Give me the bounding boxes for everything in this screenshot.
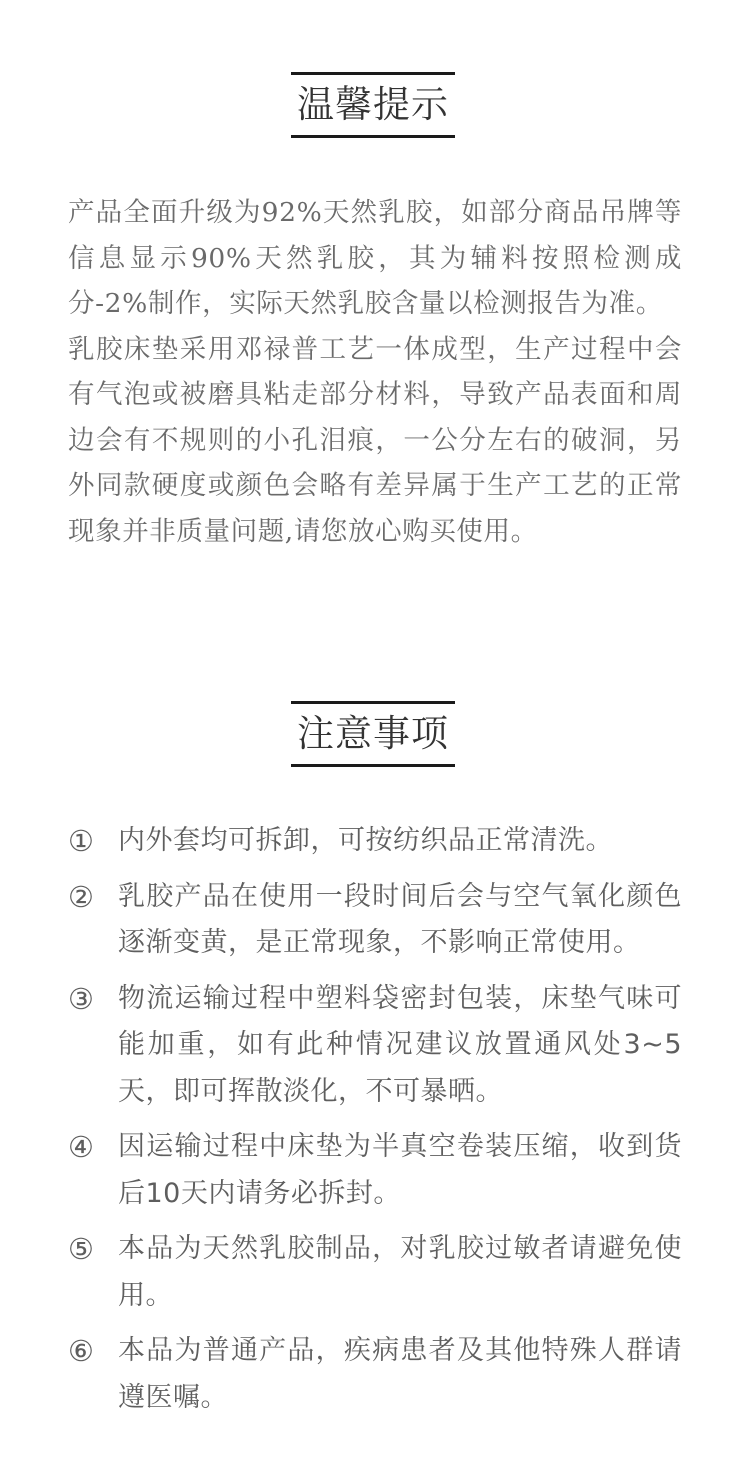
notice-section-title: 温馨提示 — [291, 72, 455, 138]
circled-number-4: ④ — [68, 1124, 118, 1171]
caution-list: ① 内外套均可拆卸，可按纺织品正常清洗。 ② 乳胶产品在使用一段时间后会与空气氧… — [68, 818, 682, 1430]
circled-number-3: ③ — [68, 976, 118, 1023]
caution-text: 乳胶产品在使用一段时间后会与空气氧化颜色逐渐变黄，是正常现象，不影响正常使用。 — [118, 874, 682, 967]
notice-paragraph-upgrade: 产品全面升级为92%天然乳胶，如部分商品吊牌等信息显示90%天然乳胶，其为辅料按… — [68, 190, 682, 327]
caution-item-4: ④ 因运输过程中床垫为半真空卷装压缩，收到货后10天内请务必拆封。 — [68, 1124, 682, 1217]
caution-text: 因运输过程中床垫为半真空卷装压缩，收到货后10天内请务必拆封。 — [118, 1124, 682, 1217]
caution-item-2: ② 乳胶产品在使用一段时间后会与空气氧化颜色逐渐变黄，是正常现象，不影响正常使用… — [68, 874, 682, 967]
notice-body: 产品全面升级为92%天然乳胶，如部分商品吊牌等信息显示90%天然乳胶，其为辅料按… — [68, 190, 682, 554]
caution-text: 物流运输过程中塑料袋密封包装，床垫气味可能加重，如有此种情况建议放置通风处3~5… — [118, 976, 682, 1116]
caution-item-5: ⑤ 本品为天然乳胶制品，对乳胶过敏者请避免使用。 — [68, 1226, 682, 1319]
circled-number-2: ② — [68, 874, 118, 921]
caution-text: 内外套均可拆卸，可按纺织品正常清洗。 — [118, 818, 682, 865]
caution-item-3: ③ 物流运输过程中塑料袋密封包装，床垫气味可能加重，如有此种情况建议放置通风处3… — [68, 976, 682, 1116]
caution-item-6: ⑥ 本品为普通产品，疾病患者及其他特殊人群请遵医嘱。 — [68, 1328, 682, 1421]
caution-item-1: ① 内外套均可拆卸，可按纺织品正常清洗。 — [68, 818, 682, 865]
caution-text: 本品为天然乳胶制品，对乳胶过敏者请避免使用。 — [118, 1226, 682, 1319]
circled-number-5: ⑤ — [68, 1226, 118, 1273]
circled-number-6: ⑥ — [68, 1328, 118, 1375]
caution-text: 本品为普通产品，疾病患者及其他特殊人群请遵医嘱。 — [118, 1328, 682, 1421]
caution-section-title: 注意事项 — [291, 701, 455, 767]
circled-number-1: ① — [68, 818, 118, 865]
notice-paragraph-process: 乳胶床垫采用邓禄普工艺一体成型，生产过程中会有气泡或被磨具粘走部分材料，导致产品… — [68, 327, 682, 555]
